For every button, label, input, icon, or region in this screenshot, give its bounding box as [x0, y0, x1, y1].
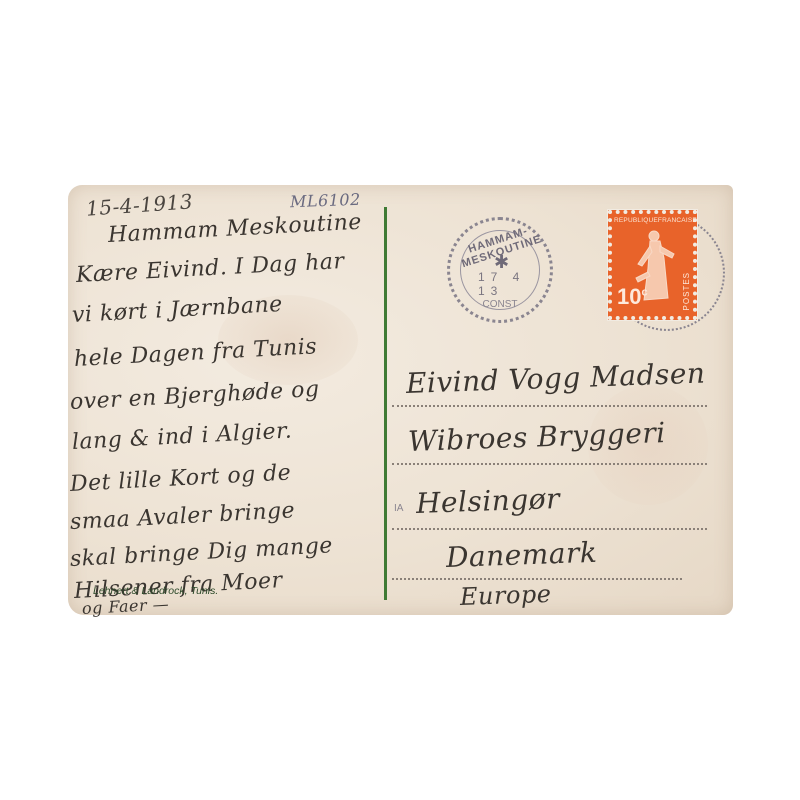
publisher-imprint: Lehnert & Landrock, Tunis.	[93, 585, 218, 597]
postcard: 15-4-1913 ML6102 Hammam Meskoutine Kære …	[68, 185, 733, 615]
address-rule	[392, 405, 707, 407]
stamp-label: POSTES	[682, 272, 691, 310]
message-line: og Faer —	[82, 594, 170, 618]
message-date: 15-4-1913	[85, 189, 194, 220]
postmark-partial: IA	[394, 503, 403, 514]
stamp-country: REPUBLIQUE FRANCAISE	[614, 217, 691, 224]
reference-note: ML6102	[290, 190, 361, 211]
postmark-circle: HAMMAM-MESKOUTINE ✱ 17 4 13 CONST	[447, 217, 553, 323]
divider-line	[384, 207, 387, 600]
message-line: skal bringe Dig mange	[69, 533, 333, 572]
address-line: Danemark	[445, 536, 597, 574]
stamp-country-word: REPUBLIQUE	[614, 217, 658, 224]
stamp-value-number: 10	[617, 284, 641, 309]
message-line: smaa Avaler bringe	[69, 498, 295, 535]
message-line: Det lille Kort og de	[69, 460, 292, 497]
message-line: Kære Eivind. I Dag har	[75, 249, 345, 288]
message-line: lang & ind i Algier.	[71, 418, 292, 455]
address-line: Helsingør	[415, 482, 560, 520]
stamp-country-word: FRANCAISE	[658, 217, 697, 224]
address-line: Europe	[460, 580, 552, 611]
stamp-value: 10c	[617, 284, 648, 310]
address-rule	[392, 528, 707, 530]
postmark-bottom: CONST	[450, 299, 550, 310]
postage-stamp: REPUBLIQUE FRANCAISE 10c POSTES	[608, 210, 697, 320]
message-line: over en Bjerghøde og	[69, 377, 320, 415]
stamp-value-unit: c	[641, 287, 647, 299]
postmark-date: 17 4 13	[478, 270, 550, 298]
address-rule	[392, 463, 707, 465]
